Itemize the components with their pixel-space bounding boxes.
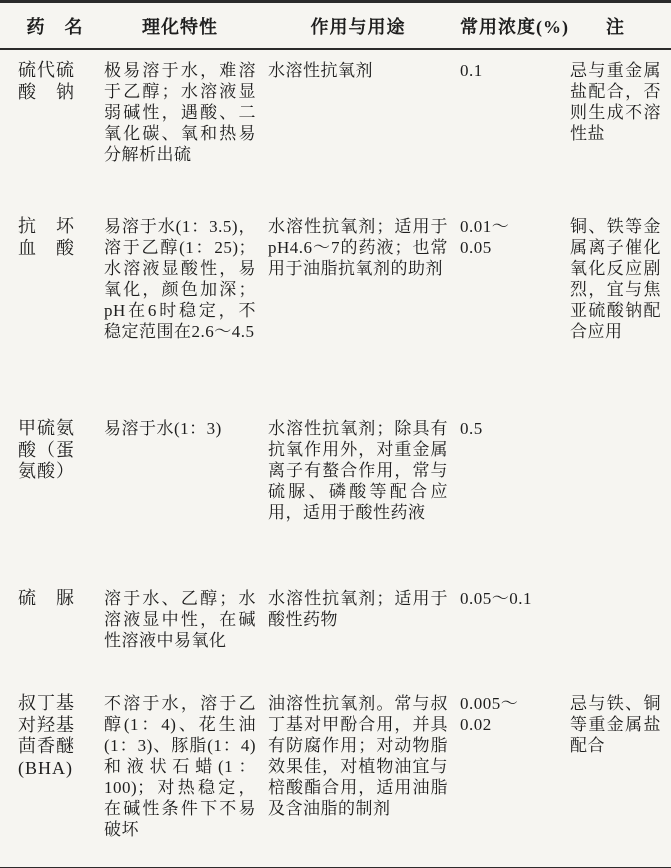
scanned-document-page: 药 名 理化特性 作用与用途 常用浓度(%) 注 硫代硫 酸 钠 极易溶于水，难… [0,0,671,868]
header-note: 注 [570,15,661,39]
concentration-cell: 0.005～ 0.02 [460,693,558,861]
row-sodium-thiosulfate: 硫代硫 酸 钠 极易溶于水，难溶于乙醇；水溶液显弱碱性，遇酸、二氧化碳、氧和热易… [0,60,671,189]
header-drug-name: 药 名 [18,15,92,39]
usage-cell: 水溶性抗氧剂 [268,60,448,189]
properties-cell: 极易溶于水，难溶于乙醇；水溶液显弱碱性，遇酸、二氧化碳、氧和热易分解析出硫 [104,60,256,189]
concentration-cell: 0.05～0.1 [460,588,558,651]
properties-cell: 溶于水、乙醇；水溶液显中性，在碱性溶液中易氧化 [104,588,256,651]
header-usage: 作用与用途 [268,15,448,39]
drug-name-cell: 叔丁基 对羟基 茴香醚 (BHA) [18,693,92,861]
usage-cell: 油溶性抗氧剂。常与叔丁基对甲酚合用，并具有防腐作用；对动物脂效果佳，对植物油宜与… [268,693,448,861]
header-concentration: 常用浓度(%) [460,15,558,39]
drug-name-cell: 硫代硫 酸 钠 [18,60,92,189]
usage-cell: 水溶性抗氧剂；除具有抗氧作用外，对重金属离子有螯合作用，常与硫脲、磷酸等配合应用… [268,418,448,566]
note-cell [570,418,661,566]
header-properties: 理化特性 [104,15,256,39]
concentration-cell: 0.1 [460,60,558,189]
concentration-cell: 0.01～ 0.05 [460,216,558,386]
note-cell: 忌与铁、铜等重金属盐配合 [570,693,661,861]
note-cell [570,588,661,651]
row-thiourea: 硫 脲 溶于水、乙醇；水溶液显中性，在碱性溶液中易氧化 水溶性抗氧剂；适用于酸性… [0,588,671,651]
drug-name-cell: 甲硫氨 酸（蛋 氨酸） [18,418,92,566]
antioxidants-table: 药 名 理化特性 作用与用途 常用浓度(%) 注 硫代硫 酸 钠 极易溶于水，难… [0,0,671,868]
usage-cell: 水溶性抗氧剂；适用于pH4.6～7的药液；也常用于油脂抗氧剂的助剂 [268,216,448,386]
properties-cell: 不溶于水，溶于乙醇(1：4)、花生油(1：3)、豚脂(1：4)和液状石蜡(1：1… [104,693,256,861]
usage-cell: 水溶性抗氧剂；适用于酸性药物 [268,588,448,651]
properties-cell: 易溶于水(1：3) [104,418,256,566]
note-cell: 铜、铁等金属离子催化氧化反应剧烈，宜与焦亚硫酸钠配合应用 [570,216,661,386]
drug-name-cell: 抗 坏 血 酸 [18,216,92,386]
drug-name-cell: 硫 脲 [18,588,92,651]
table-body: 硫代硫 酸 钠 极易溶于水，难溶于乙醇；水溶液显弱碱性，遇酸、二氧化碳、氧和热易… [0,60,671,868]
concentration-cell: 0.5 [460,418,558,566]
table-header-row: 药 名 理化特性 作用与用途 常用浓度(%) 注 [0,0,671,50]
properties-cell: 易溶于水(1：3.5)，溶于乙醇(1：25)；水溶液显酸性，易氧化，颜色加深；p… [104,216,256,386]
note-cell: 忌与重金属盐配合，否则生成不溶性盐 [570,60,661,189]
row-ascorbic-acid: 抗 坏 血 酸 易溶于水(1：3.5)，溶于乙醇(1：25)；水溶液显酸性，易氧… [0,216,671,386]
row-bha: 叔丁基 对羟基 茴香醚 (BHA) 不溶于水，溶于乙醇(1：4)、花生油(1：3… [0,693,671,861]
row-methionine: 甲硫氨 酸（蛋 氨酸） 易溶于水(1：3) 水溶性抗氧剂；除具有抗氧作用外，对重… [0,418,671,566]
